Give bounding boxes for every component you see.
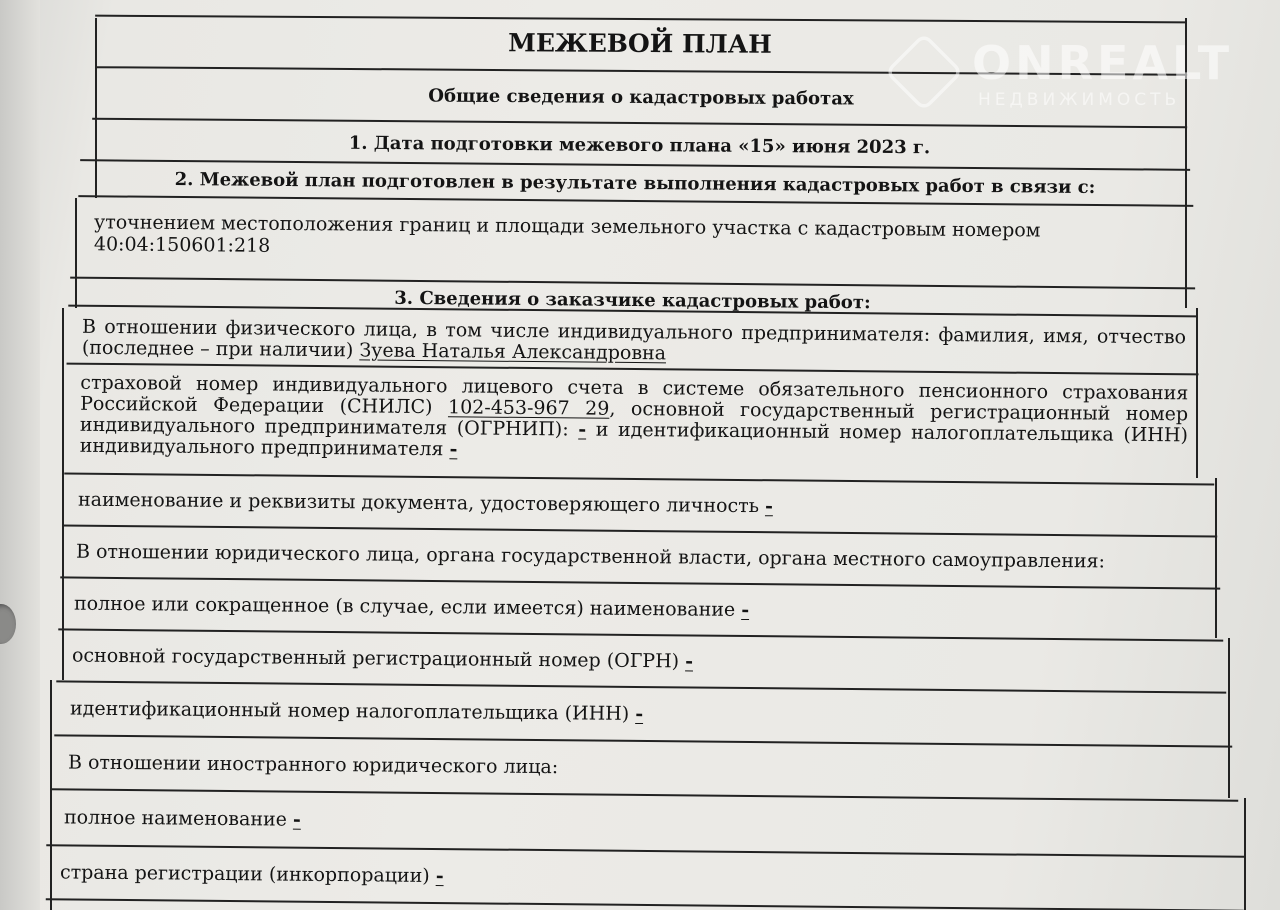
ogrnip-value: - <box>578 418 586 440</box>
customer-full-name: Зуева Наталья Александровна <box>359 339 666 364</box>
subtitle-text: Общие сведения о кадастровых работах <box>428 85 853 109</box>
legal-inn-label: идентификационный номер налогоплательщик… <box>70 698 629 725</box>
snils-value: 102-453-967 29 <box>448 396 610 420</box>
id-document-label: наименование и реквизиты документа, удос… <box>78 489 759 518</box>
legal-entity-label: В отношении юридического лица, органа го… <box>76 541 1105 573</box>
ip-inn-value: - <box>449 438 457 460</box>
foreign-name-label: полное наименование <box>64 806 287 830</box>
title-text: МЕЖЕВОЙ ПЛАН <box>508 28 772 59</box>
table-border-right <box>1196 308 1198 478</box>
table-border-right <box>1244 798 1246 910</box>
foreign-entity-label: В отношении иностранного юридического ли… <box>68 751 558 778</box>
boundary-plan-document: МЕЖЕВОЙ ПЛАН Общие сведения о кадастровы… <box>0 0 1280 910</box>
preparation-date: 1. Дата подготовки межевого плана «15» и… <box>349 132 931 158</box>
individual-info: В отношении физического лица, в том числ… <box>68 305 1196 372</box>
ogrn-value: - <box>685 650 693 672</box>
ogrn-label: основной государственный регистрационный… <box>72 645 679 673</box>
section-2-reason: уточнением местоположения границ и площа… <box>78 195 1194 279</box>
table-border-right <box>1215 478 1217 638</box>
country-label: страна регистрации (инкорпорации) <box>60 861 430 887</box>
foreign-name-value: - <box>293 809 301 831</box>
table-border-right <box>1228 638 1230 798</box>
document-title: МЕЖЕВОЙ ПЛАН <box>95 15 1185 70</box>
table-border-right <box>1185 18 1187 308</box>
snils-info: страховой номер индивидуального лицевого… <box>65 363 1198 484</box>
cadastral-reason: уточнением местоположения границ и площа… <box>94 211 1193 265</box>
general-info-heading: Общие сведения о кадастровых работах <box>95 66 1187 126</box>
legal-name-value: - <box>741 599 749 621</box>
legal-inn-value: - <box>635 703 643 725</box>
country-value: - <box>436 865 444 887</box>
legal-name-label: полное или сокращенное (в случае, если и… <box>74 593 735 621</box>
country-row: страна регистрации (инкорпорации) - <box>46 844 1244 910</box>
id-document-value: - <box>765 495 773 517</box>
section-2-label: 2. Межевой план подготовлен в результате… <box>175 168 1096 197</box>
